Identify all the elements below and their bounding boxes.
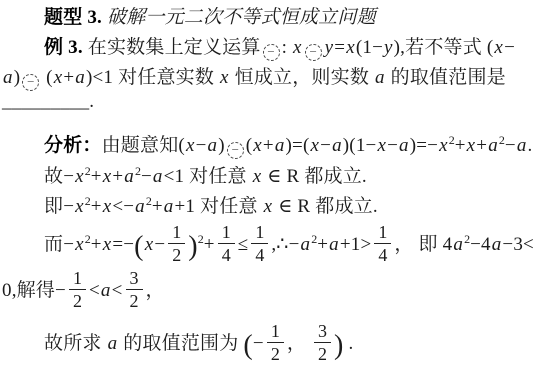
text-run: + [476, 135, 487, 156]
fraction: 14 [251, 222, 268, 265]
math-variable: a [328, 234, 340, 255]
math-variable: a [2, 67, 14, 88]
conclusion-line: 故所求 a 的取值范围为 (−12， 32) . [44, 321, 353, 367]
math-variable: a [207, 135, 219, 156]
text-run: 由题意知( [102, 135, 185, 156]
text-run: 即− [44, 196, 74, 217]
fraction-numerator: 1 [218, 222, 235, 244]
math-variable: a [300, 234, 312, 255]
big-parenthesis: ( [134, 231, 144, 262]
text-run: − [504, 37, 515, 58]
text-run: + [152, 196, 163, 217]
math-variable: a [134, 196, 146, 217]
big-parenthesis: ( [243, 330, 253, 361]
text-run: . [528, 135, 533, 156]
math-variable: a [152, 166, 164, 187]
fraction: 14 [218, 222, 235, 265]
text-run: 的取值范围是 [386, 67, 506, 88]
fraction-numerator: 1 [69, 268, 86, 290]
math-variable: a [100, 280, 112, 301]
text-run: <1 对任意 [164, 166, 252, 187]
math-variable: x [74, 166, 85, 187]
text-run: + [455, 135, 466, 156]
text-run: )=− [410, 135, 438, 156]
math-variable: y [324, 37, 335, 58]
example-line-1: 例 3. 在实数集上定义运算−: x−y=x(1−y),若不等式 (x− [44, 36, 515, 61]
text-run: −4 [470, 234, 491, 255]
text-run: = [334, 37, 345, 58]
text-run: )(1− [343, 135, 377, 156]
analysis-line-1: 分析：由题意知(x−a)−(x+a)=(x−a)(1−x−a)=−x2+x+a2… [44, 128, 532, 159]
math-variable: x [144, 234, 155, 255]
text-run: ， [287, 333, 311, 354]
bold-label: 分析： [44, 135, 102, 156]
text-run: − [387, 135, 398, 156]
math-variable: x [310, 135, 321, 156]
text-run: 0,解得− [2, 280, 66, 301]
math-variable: a [107, 333, 119, 354]
text-run: <− [112, 196, 134, 217]
fraction-denominator: 4 [251, 244, 268, 265]
fraction: 32 [314, 321, 331, 364]
math-variable: a [331, 135, 343, 156]
text-run: + [263, 135, 274, 156]
fraction: 12 [69, 268, 86, 311]
text-run: )<1 对任意实数 [86, 67, 219, 88]
math-variable: x [219, 67, 230, 88]
math-variable: x [74, 196, 85, 217]
text-run: + [112, 166, 123, 187]
math-variable: a [487, 135, 499, 156]
math-variable: a [398, 135, 410, 156]
fraction-numerator: 3 [126, 268, 143, 290]
text-run: ， 即 4 [394, 234, 452, 255]
circled-minus-operator-icon: − [22, 74, 39, 91]
analysis-line-3: 即−x2+x<−a2+a+1 对任意 x ∈ R 都成立. [44, 189, 378, 219]
text-run: )=( [286, 135, 310, 156]
text-run: − [253, 333, 264, 354]
math-variable: a [274, 135, 286, 156]
text-run: − [154, 234, 165, 255]
math-variable: x [252, 135, 263, 156]
math-variable: x [102, 234, 113, 255]
circled-minus-operator-icon: − [227, 142, 244, 159]
text-run: ≤ [238, 234, 249, 255]
text-run: 的取值范围为 [118, 333, 243, 354]
fraction-numerator: 3 [314, 321, 331, 343]
bold-label: 题型 3. [44, 7, 102, 28]
fraction-denominator: 2 [314, 343, 331, 364]
example-line-2: a)− (x+a)<1 对任意实数 x 恒成立，则实数 a 的取值范围是 [2, 66, 506, 91]
fraction-numerator: 1 [251, 222, 268, 244]
math-variable: x [466, 135, 477, 156]
text-run: −3< [502, 234, 534, 255]
text-run: (1− [356, 37, 383, 58]
math-variable: x [102, 196, 113, 217]
text-run: . [344, 333, 354, 354]
text-run: ) [14, 67, 21, 88]
circled-minus-operator-icon: − [305, 44, 322, 61]
text-run: − [196, 135, 207, 156]
text-run: + [204, 234, 215, 255]
fraction: 14 [374, 222, 391, 265]
circled-minus-operator-icon: − [263, 44, 280, 61]
math-variable: x [102, 166, 113, 187]
fraction-denominator: 4 [218, 244, 235, 265]
fraction-numerator: 1 [374, 222, 391, 244]
section-title-line: 题型 3. 破解一元二次不等式恒成立问题 [44, 6, 376, 30]
text-run: + [91, 234, 102, 255]
fraction-denominator: 2 [69, 290, 86, 311]
fraction: 12 [168, 222, 185, 265]
math-variable: a [123, 166, 135, 187]
fraction: 32 [126, 268, 143, 311]
math-variable: a [516, 135, 528, 156]
text-run: 而− [44, 234, 74, 255]
answer-blank-line: _________. [2, 90, 94, 114]
analysis-line-2: 故−x2+x+a2−a<1 对任意 x ∈ R 都成立. [44, 159, 367, 189]
text-run: − [505, 135, 516, 156]
math-variable: a [491, 234, 503, 255]
fraction: 12 [267, 321, 284, 364]
math-document-page: 题型 3. 破解一元二次不等式恒成立问题例 3. 在实数集上定义运算−: x−y… [0, 0, 548, 372]
text-run: 在实数集上定义运算 [83, 37, 261, 58]
big-parenthesis: ) [334, 330, 344, 361]
text-run: − [320, 135, 331, 156]
fraction-denominator: 2 [168, 244, 185, 265]
text-run: < [112, 280, 123, 301]
text-run: + [91, 166, 102, 187]
text-run: + [317, 234, 328, 255]
math-variable: x [263, 196, 274, 217]
text-run: ) [218, 135, 225, 156]
text-run: +1> [340, 234, 372, 255]
analysis-line-5: 0,解得−12<a<32， [2, 268, 165, 314]
text-run: _________. [2, 91, 94, 112]
text-run: ， [146, 280, 165, 301]
text-run: 故− [44, 166, 74, 187]
kai-text: 破解一元二次不等式恒成立问题 [102, 7, 376, 28]
math-variable: a [163, 196, 175, 217]
text-run: 恒成立，则实数 [230, 67, 374, 88]
math-variable: x [53, 67, 64, 88]
math-variable: x [438, 135, 449, 156]
text-run: − [141, 166, 152, 187]
math-variable: x [252, 166, 263, 187]
text-run: ),若不等式 ( [394, 37, 494, 58]
math-variable: x [493, 37, 504, 58]
math-variable: x [185, 135, 196, 156]
fraction-numerator: 1 [267, 321, 284, 343]
fraction-numerator: 1 [168, 222, 185, 244]
text-run: + [63, 67, 74, 88]
text-run: +1 对任意 [175, 196, 263, 217]
math-variable: x [376, 135, 387, 156]
text-run: =− [112, 234, 134, 255]
math-variable: a [452, 234, 464, 255]
fraction-denominator: 4 [374, 244, 391, 265]
math-variable: y [383, 37, 394, 58]
math-variable: a [74, 67, 86, 88]
text-run: ( [41, 67, 52, 88]
text-run: < [89, 280, 100, 301]
text-run: ,∴− [271, 234, 299, 255]
text-run: + [91, 196, 102, 217]
text-run: 故所求 [44, 333, 107, 354]
math-variable: x [345, 37, 356, 58]
text-run: : [282, 37, 292, 58]
analysis-line-4: 而−x2+x=−(x−12)2+14≤14,∴−a2+a+1>14， 即 4a2… [44, 216, 534, 268]
bold-label: 例 3. [44, 37, 83, 58]
big-parenthesis: ) [188, 231, 198, 262]
text-run: ∈ R 都成立. [273, 196, 378, 217]
math-variable: x [292, 37, 303, 58]
fraction-denominator: 2 [267, 343, 284, 364]
text-run: ∈ R 都成立. [262, 166, 367, 187]
math-variable: x [74, 234, 85, 255]
fraction-denominator: 2 [126, 290, 143, 311]
math-variable: a [374, 67, 386, 88]
